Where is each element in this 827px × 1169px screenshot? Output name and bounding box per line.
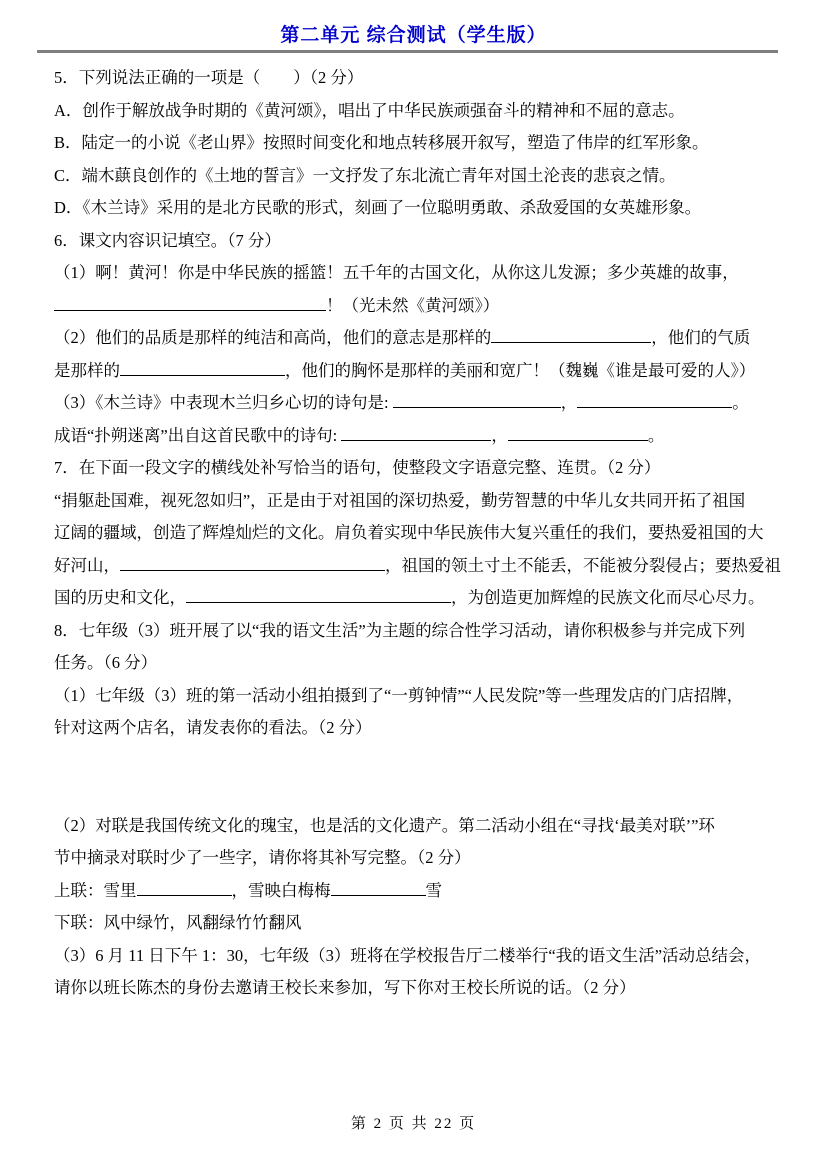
line-text: A．创作于解放战争时期的《黄河颂》，唱出了中华民族顽强奋斗的精神和不屈的意志。 [54, 101, 685, 120]
line-text: 下联：风中绿竹，风翻绿竹竹翻风 [54, 913, 302, 932]
answer-blank [331, 878, 426, 896]
line-text: ！（光未然《黄河颂》） [326, 296, 499, 315]
text-line: 下联：风中绿竹，风翻绿竹竹翻风 [54, 907, 776, 940]
answer-blank [508, 423, 648, 441]
text-line: 任务。（6 分） [54, 647, 776, 680]
line-text: 雪 [426, 881, 443, 900]
line-text: D．《木兰诗》采用的是北方民歌的形式，刻画了一位聪明勇敢、杀敌爱国的女英雄形象。 [54, 198, 701, 217]
line-text: “捐躯赴国难，视死忽如归”，正是由于对祖国的深切热爱，勤劳智慧的中华儿女共同开拓… [54, 491, 745, 510]
line-text: ，为创造更加辉煌的民族文化而尽心尽力。 [451, 588, 765, 607]
text-line: 好河山，，祖国的领土寸土不能丢，不能被分裂侵占；要热爱祖 [54, 550, 776, 583]
line-text: 任务。（6 分） [54, 653, 157, 672]
blank-line [54, 777, 776, 810]
line-text: 上联：雪里 [54, 881, 137, 900]
text-line: 7．在下面一段文字的横线处补写恰当的语句，使整段文字语意完整、连贯。（2 分） [54, 452, 776, 485]
line-text: 针对这两个店名，请发表你的看法。（2 分） [54, 718, 372, 737]
answer-blank [393, 391, 561, 409]
line-text: 8．七年级（3）班开展了以“我的语文生活”为主题的综合性学习活动，请你积极参与并… [54, 621, 745, 640]
line-text: ，他们的气质 [651, 328, 750, 347]
text-line: 针对这两个店名，请发表你的看法。（2 分） [54, 712, 776, 745]
text-line: 8．七年级（3）班开展了以“我的语文生活”为主题的综合性学习活动，请你积极参与并… [54, 615, 776, 648]
blank-line [54, 745, 776, 778]
line-text: 好河山， [54, 556, 120, 575]
line-text: 。 [648, 426, 665, 445]
line-text: （2）对联是我国传统文化的瑰宝，也是活的文化遗产。第二活动小组在“寻找‘最美对联… [54, 816, 715, 835]
line-text: 7．在下面一段文字的横线处补写恰当的语句，使整段文字语意完整、连贯。（2 分） [54, 458, 660, 477]
text-line: （3）6 月 11 日下午 1：30，七年级（3）班将在学校报告厅二楼举行“我的… [54, 940, 776, 973]
text-line: 是那样的，他们的胸怀是那样的美丽和宽广！（魏巍《谁是最可爱的人》） [54, 355, 776, 388]
answer-blank [341, 423, 491, 441]
answer-blank [577, 391, 732, 409]
text-line: 辽阔的疆域，创造了辉煌灿烂的文化。肩负着实现中华民族伟大复兴重任的我们，要热爱祖… [54, 517, 776, 550]
line-text: （1）啊！黄河！你是中华民族的摇篮！五千年的古国文化，从你这儿发源；多少英雄的故… [54, 263, 739, 282]
line-text: C．端木蕻良创作的《土地的誓言》一文抒发了东北流亡青年对国土沦丧的悲哀之情。 [54, 166, 676, 185]
text-line: ！（光未然《黄河颂》） [54, 290, 776, 323]
line-text: 请你以班长陈杰的身份去邀请王校长来参加，写下你对王校长所说的话。（2 分） [54, 978, 636, 997]
line-text: 。 [732, 393, 749, 412]
line-text: （2）他们的品质是那样的纯洁和高尚，他们的意志是那样的 [54, 328, 491, 347]
text-line: C．端木蕻良创作的《土地的誓言》一文抒发了东北流亡青年对国土沦丧的悲哀之情。 [54, 160, 776, 193]
text-line: 节中摘录对联时少了一些字，请你将其补写完整。（2 分） [54, 842, 776, 875]
text-line: “捐躯赴国难，视死忽如归”，正是由于对祖国的深切热爱，勤劳智慧的中华儿女共同开拓… [54, 485, 776, 518]
document-page: 第二单元 综合测试（学生版） 5．下列说法正确的一项是（ ）（2 分）A．创作于… [0, 0, 827, 1169]
text-line: （2）对联是我国传统文化的瑰宝，也是活的文化遗产。第二活动小组在“寻找‘最美对联… [54, 810, 776, 843]
line-text: 辽阔的疆域，创造了辉煌灿烂的文化。肩负着实现中华民族伟大复兴重任的我们，要热爱祖… [54, 523, 764, 542]
line-text: 成语“扑朔迷离”出自这首民歌中的诗句: [54, 426, 341, 445]
answer-blank [120, 553, 385, 571]
page-number: 第 2 页 共 22 页 [0, 1112, 827, 1133]
text-line: 成语“扑朔迷离”出自这首民歌中的诗句: ，。 [54, 420, 776, 453]
answer-blank [137, 878, 232, 896]
line-text: 5．下列说法正确的一项是（ ）（2 分） [54, 68, 363, 87]
line-text: 是那样的 [54, 361, 120, 380]
line-text: B．陆定一的小说《老山界》按照时间变化和地点转移展开叙写，塑造了伟岸的红军形象。 [54, 133, 709, 152]
answer-blank [54, 293, 326, 311]
header-divider [37, 50, 778, 53]
text-line: B．陆定一的小说《老山界》按照时间变化和地点转移展开叙写，塑造了伟岸的红军形象。 [54, 127, 776, 160]
line-text: ， [491, 426, 508, 445]
line-text: 6．课文内容识记填空。（7 分） [54, 231, 281, 250]
text-line: 上联：雪里，雪映白梅梅雪 [54, 875, 776, 908]
document-content: 5．下列说法正确的一项是（ ）（2 分）A．创作于解放战争时期的《黄河颂》，唱出… [54, 62, 776, 1005]
text-line: 5．下列说法正确的一项是（ ）（2 分） [54, 62, 776, 95]
answer-blank [120, 358, 285, 376]
text-line: （2）他们的品质是那样的纯洁和高尚，他们的意志是那样的，他们的气质 [54, 322, 776, 355]
line-text: 节中摘录对联时少了一些字，请你将其补写完整。（2 分） [54, 848, 471, 867]
line-text: ，雪映白梅梅 [232, 881, 331, 900]
text-line: 请你以班长陈杰的身份去邀请王校长来参加，写下你对王校长所说的话。（2 分） [54, 972, 776, 1005]
text-line: 6．课文内容识记填空。（7 分） [54, 225, 776, 258]
answer-blank [491, 326, 651, 344]
answer-blank [186, 586, 451, 604]
line-text: 国的历史和文化， [54, 588, 186, 607]
text-line: A．创作于解放战争时期的《黄河颂》，唱出了中华民族顽强奋斗的精神和不屈的意志。 [54, 95, 776, 128]
line-text: ，他们的胸怀是那样的美丽和宽广！（魏巍《谁是最可爱的人》） [285, 361, 755, 380]
line-text: ， [561, 393, 578, 412]
text-line: （3）《木兰诗》中表现木兰归乡心切的诗句是: ，。 [54, 387, 776, 420]
text-line: （1）七年级（3）班的第一活动小组拍摄到了“一剪钟情”“人民发院”等一些理发店的… [54, 680, 776, 713]
line-text: （1）七年级（3）班的第一活动小组拍摄到了“一剪钟情”“人民发院”等一些理发店的… [54, 686, 743, 705]
text-line: （1）啊！黄河！你是中华民族的摇篮！五千年的古国文化，从你这儿发源；多少英雄的故… [54, 257, 776, 290]
line-text: ，祖国的领土寸土不能丢，不能被分裂侵占；要热爱祖 [385, 556, 781, 575]
line-text: （3）《木兰诗》中表现木兰归乡心切的诗句是: [54, 393, 393, 412]
page-title: 第二单元 综合测试（学生版） [0, 20, 827, 47]
text-line: 国的历史和文化，，为创造更加辉煌的民族文化而尽心尽力。 [54, 582, 776, 615]
line-text: （3）6 月 11 日下午 1：30，七年级（3）班将在学校报告厅二楼举行“我的… [54, 946, 761, 965]
text-line: D．《木兰诗》采用的是北方民歌的形式，刻画了一位聪明勇敢、杀敌爱国的女英雄形象。 [54, 192, 776, 225]
